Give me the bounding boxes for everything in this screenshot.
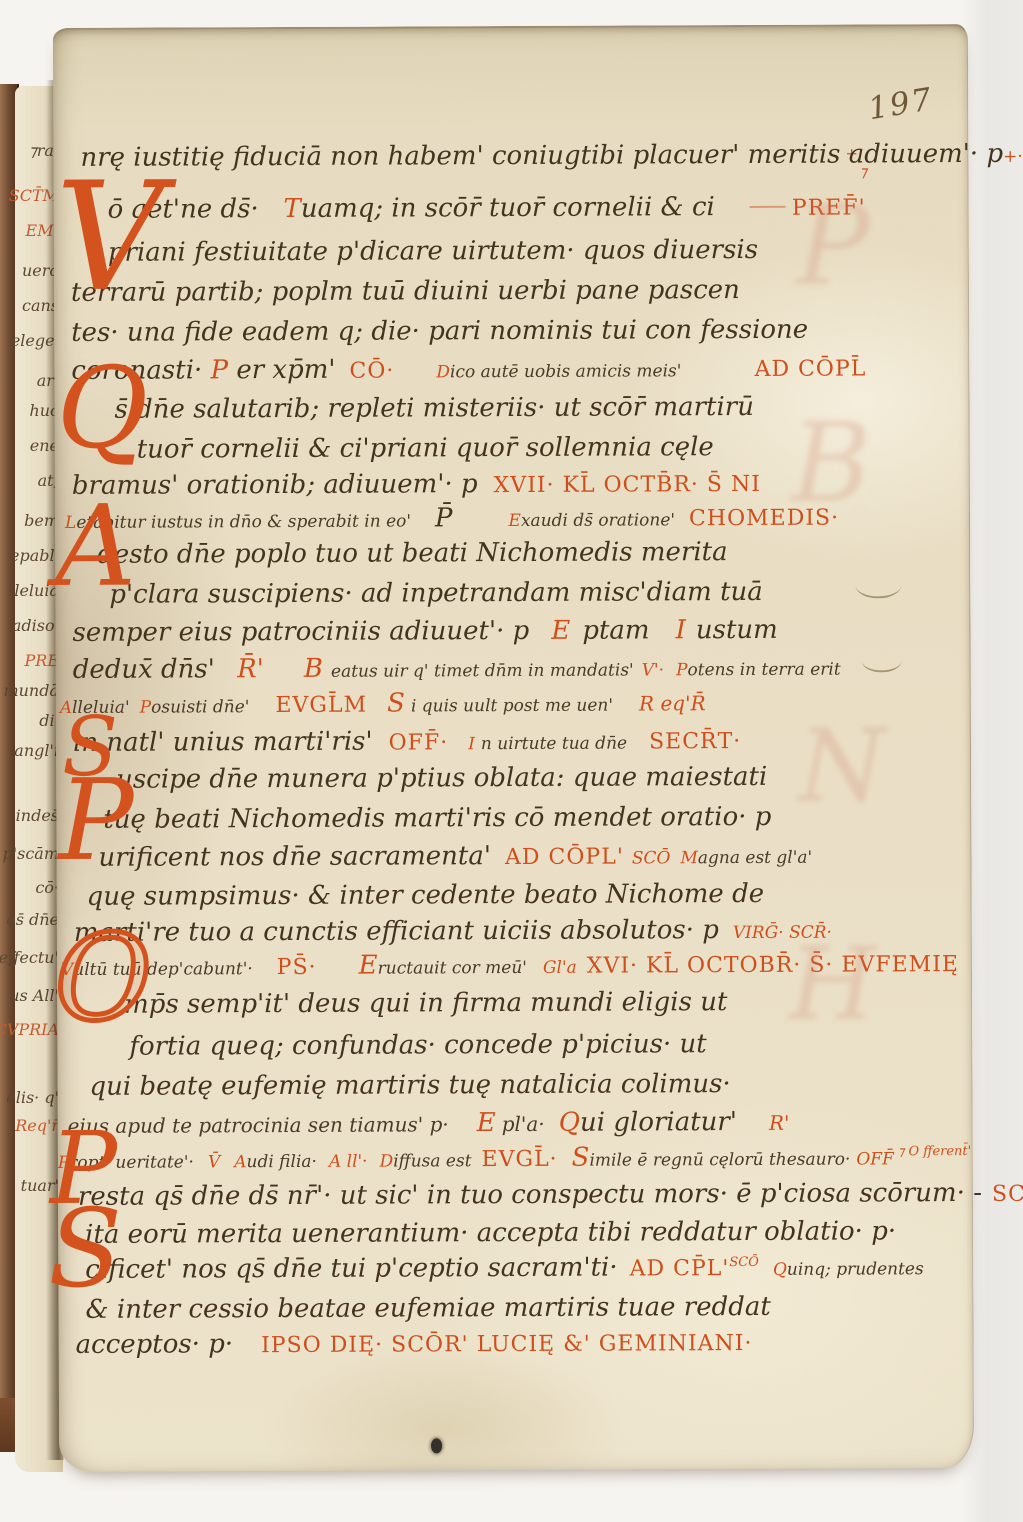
- text-line: in natl' unius marti'ris'OFF̄·In uirtute…: [73, 726, 868, 755]
- ink-spot: [431, 1438, 442, 1453]
- text-line: bramus' orationib; adiuuem'· pXVII· KL̄ …: [72, 469, 867, 498]
- initial-letter: Q: [56, 366, 148, 454]
- text-line: quę sumpsimus· & inter cedente beato Nic…: [87, 880, 869, 909]
- text-segment: SCŌ: [729, 1256, 759, 1269]
- text-segment: P̄: [435, 505, 453, 531]
- text-line: ita eorū merita uenerantium· accepta tib…: [85, 1218, 870, 1247]
- initial-letter: A: [55, 504, 136, 592]
- text-line: tuę beati Nichomedis marti'ris cō mendet…: [103, 803, 868, 832]
- text-line: dedux̄ dn̄s' R̄'Beatus uir q' timet dn̄m…: [73, 653, 868, 682]
- text-segment: Gl'a: [543, 960, 577, 977]
- text-segment: mp̄s semp'it' deus qui in firma mundi el…: [124, 989, 727, 1018]
- text-line: s̄ dn̄e salutarib; repleti misteriis· ut…: [114, 393, 866, 422]
- text-segment: uinq; prudentes: [787, 1261, 924, 1279]
- text-segment: i quis uult post me uen': [411, 698, 613, 716]
- text-segment: D: [436, 364, 450, 381]
- text-line: coronasti· P er xp̄m'CŌ·Dico autē uobis …: [71, 354, 866, 383]
- initial-letter: S: [48, 1208, 122, 1293]
- text-line: acceptos· p·IPSO DIĘ· SCŌR' LUCIĘ &' GEM…: [76, 1328, 871, 1357]
- text-line: Propt' ueritate'·V̄Audi filia·A ll'·Diff…: [58, 1143, 870, 1173]
- text-segment: SCR̄T'·: [992, 1184, 1023, 1206]
- text-segment: IPSO DIĘ· SCŌR' LUCIĘ &' GEMINIANI·: [261, 1333, 752, 1357]
- text-segment: [750, 206, 786, 208]
- text-segment: I: [468, 736, 475, 753]
- text-line: Letabitur iustus in dn̄o & sperabit in e…: [65, 503, 867, 532]
- text-segment: xaudi ds̄ oratione': [521, 512, 675, 530]
- initial-letter: V: [56, 180, 165, 297]
- text-line: uscipe dn̄e munera p'ptius oblata: quae …: [116, 763, 868, 792]
- text-line: tuor̄ cornelii & ci'priani quor̄ sollemn…: [137, 433, 867, 462]
- text-segment: tes· una fide eadem q; die· pari nominis…: [71, 317, 808, 346]
- text-segment: agna est gl'a': [698, 850, 812, 867]
- text-segment: I: [675, 617, 685, 643]
- text-segment: S: [572, 1145, 590, 1171]
- text-segment: er xp̄m': [228, 357, 336, 383]
- text-segment: B: [304, 656, 323, 682]
- text-line: Alleluia'Posuisti dn̄e'EVGL̄MSi quis uul…: [60, 688, 868, 718]
- text-segment: CŌ·: [349, 361, 394, 383]
- bleed-through-mark: P: [796, 201, 870, 289]
- text-segment: tuor̄ cornelii & ci'priani quor̄ sollemn…: [137, 434, 714, 463]
- text-segment: E: [551, 618, 570, 644]
- text-line: semper eius patrociniis adiuuet'· pEptam…: [72, 616, 867, 645]
- text-segment: ico autē uobis amicis meis': [450, 363, 681, 381]
- initial-letter: O: [55, 932, 152, 1024]
- text-segment: pl'a·: [502, 1114, 545, 1134]
- text-segment: R eq'R̄: [639, 693, 706, 713]
- text-segment: uamq; in scōr̄ tuor̄ cornelii & ci: [301, 194, 715, 222]
- text-line: p'clara suscipiens· ad inpetrandam misc'…: [109, 578, 867, 607]
- text-segment: A: [234, 1154, 246, 1171]
- text-line: ō aet'ne ds̄· Tuamq; in scōr̄ tuor̄ corn…: [108, 193, 866, 222]
- text-segment: osuisti dn̄e': [151, 699, 249, 716]
- bleed-through-mark: B: [791, 418, 872, 506]
- text-segment: eius apud te patrocinia sen tiamus' p·: [68, 1114, 449, 1136]
- text-segment: nrę iustitię fiduciā non habem' coniugti…: [80, 141, 1003, 171]
- text-segment: resta qs̄ dn̄e ds̄ nr̄'· ut sic' in tuo …: [78, 1180, 982, 1210]
- text-segment: T: [283, 196, 300, 222]
- text-line: Vultū tuū dep'cabunt'·PS̄·Eructauit cor …: [61, 950, 869, 980]
- text-segment: P: [202, 357, 228, 383]
- text-segment: P: [676, 662, 688, 679]
- text-segment: SCŌ: [632, 850, 671, 867]
- text-segment: s̄ dn̄e salutarib; repleti misteriis· ut…: [114, 394, 754, 423]
- text-segment: EVGL̄·: [481, 1149, 557, 1171]
- text-segment: cificet' nos qs̄ dn̄e tui p'ceptio sacra…: [85, 1255, 617, 1283]
- text-line: terrarū partib; poplm tuū diuini uerbi p…: [71, 276, 866, 305]
- text-line: desto dn̄e poplo tuo ut beati Nichomedis…: [97, 538, 867, 567]
- text-segment: qui beatę eufemię martiris tuę natalicia…: [89, 1071, 730, 1100]
- text-segment: D: [380, 1154, 394, 1171]
- text-line: qui beatę eufemię martiris tuę natalicia…: [89, 1070, 869, 1099]
- text-line: resta qs̄ dn̄e ds̄ nr̄'· ut sic' in tuo …: [78, 1180, 870, 1209]
- text-line: cificet' nos qs̄ dn̄e tui p'ceptio sacra…: [85, 1253, 870, 1282]
- text-segment: AD CP̄L': [630, 1258, 730, 1280]
- text-segment: Q: [559, 1110, 580, 1136]
- text-segment: n uirtute tua dn̄e: [481, 736, 627, 754]
- text-segment: desto dn̄e poplo tuo ut beati Nichomedis…: [97, 539, 728, 568]
- text-segment: XVI· KL̄ OCTOBR̄· S̄· EVFEMIĘ: [587, 954, 959, 978]
- text-segment: imile ē regnū cęlorū thesauro·: [589, 1152, 850, 1170]
- text-line: mp̄s semp'it' deus qui in firma mundi el…: [124, 988, 869, 1017]
- text-segment: +·: [1003, 149, 1023, 166]
- text-segment: priani festiuitate p'dicare uirtutem· qu…: [108, 237, 758, 266]
- text-line: nrę iustitię fiduciā non habem' coniugti…: [80, 141, 865, 170]
- text-segment: E: [359, 953, 378, 979]
- text-segment: E: [508, 513, 520, 530]
- text-segment: ustum: [696, 617, 778, 643]
- text-segment: S: [387, 690, 405, 716]
- text-segment: AD CŌPL̄: [754, 358, 866, 380]
- text-segment: ui gloriatur': [580, 1109, 737, 1136]
- text-segment: acceptos· p·: [76, 1331, 234, 1358]
- text-segment: E: [477, 1110, 496, 1136]
- text-segment: PS̄·: [277, 957, 317, 979]
- text-segment: ⁊ O fferent̄': [898, 1145, 971, 1158]
- text-segment: A ll'·: [329, 1154, 368, 1171]
- text-segment: OFF̄·: [389, 732, 449, 754]
- text-segment: p'clara suscipiens· ad inpetrandam misc'…: [109, 579, 763, 608]
- text-segment: otens in terra erit: [687, 662, 840, 680]
- text-line: tes· una fide eadem q; die· pari nominis…: [71, 316, 866, 345]
- text-segment: marti're tuo a cunctis efficiant uiciis …: [74, 917, 719, 946]
- text-segment: V'·: [642, 662, 664, 679]
- text-segment: R': [769, 1113, 790, 1133]
- text-segment: quę sumpsimus· & inter cedente beato Nic…: [87, 881, 765, 910]
- text-segment: eatus uir q' timet dn̄m in mandatis': [331, 662, 634, 680]
- text-segment: uscipe dn̄e munera p'ptius oblata: quae …: [116, 764, 767, 793]
- text-segment: ructauit cor meū': [378, 960, 527, 978]
- text-line: priani festiuitate p'dicare uirtutem· qu…: [108, 236, 866, 265]
- text-line: eius apud te patrocinia sen tiamus' p·Ep…: [68, 1108, 870, 1137]
- text-segment: V̄: [208, 1154, 220, 1171]
- text-segment: semper eius patrociniis adiuuet'· p: [72, 618, 529, 646]
- text-segment: SECR̄T·: [649, 731, 741, 753]
- text-segment: fortia queq; confundas· concede p'picius…: [129, 1031, 707, 1060]
- folio-number: 197: [866, 81, 936, 127]
- text-segment: ita eorū merita uenerantium· accepta tib…: [85, 1218, 896, 1248]
- text-segment: iffusa est: [393, 1153, 471, 1170]
- text-segment: EVGL̄M: [275, 695, 367, 717]
- text-segment: OFF̄: [856, 1151, 894, 1168]
- text-segment: AD CŌPL': [505, 847, 624, 870]
- bleed-through-mark: N: [798, 726, 886, 806]
- text-segment: & inter cessio beatae eufemiae martiris …: [85, 1294, 770, 1323]
- text-segment: tuę beati Nichomedis marti'ris cō mendet…: [103, 804, 771, 833]
- manuscript-page: 197 + ⁊ nrę iustitię fiduciā non habem' …: [53, 24, 974, 1472]
- text-segment: dedux̄ dn̄s': [73, 656, 215, 683]
- scan-background: { "document": { "folio_number": "197", "…: [0, 0, 1023, 1522]
- text-segment: M: [680, 850, 697, 867]
- text-segment: urificent nos dn̄e sacramenta': [98, 843, 491, 871]
- text-line: marti're tuo a cunctis efficiant uiciis …: [74, 916, 869, 945]
- initial-letter: P: [58, 778, 134, 866]
- bleed-through-mark: H: [789, 944, 877, 1024]
- text-segment: Q: [773, 1262, 787, 1279]
- text-segment: terrarū partib; poplm tuū diuini uerbi p…: [71, 277, 740, 306]
- text-segment: XVII· KL̄ OCTB̄R· S̄ NI: [494, 474, 761, 497]
- text-line: urificent nos dn̄e sacramenta'AD CŌPL'SC…: [98, 841, 868, 870]
- text-line: fortia queq; confundas· concede p'picius…: [129, 1030, 869, 1059]
- text-segment: P: [140, 700, 152, 717]
- text-segment: ptam: [582, 617, 649, 643]
- text-segment: udi filia·: [246, 1154, 317, 1171]
- text-segment: R̄': [229, 656, 264, 682]
- text-line: & inter cessio beatae eufemiae martiris …: [85, 1293, 870, 1322]
